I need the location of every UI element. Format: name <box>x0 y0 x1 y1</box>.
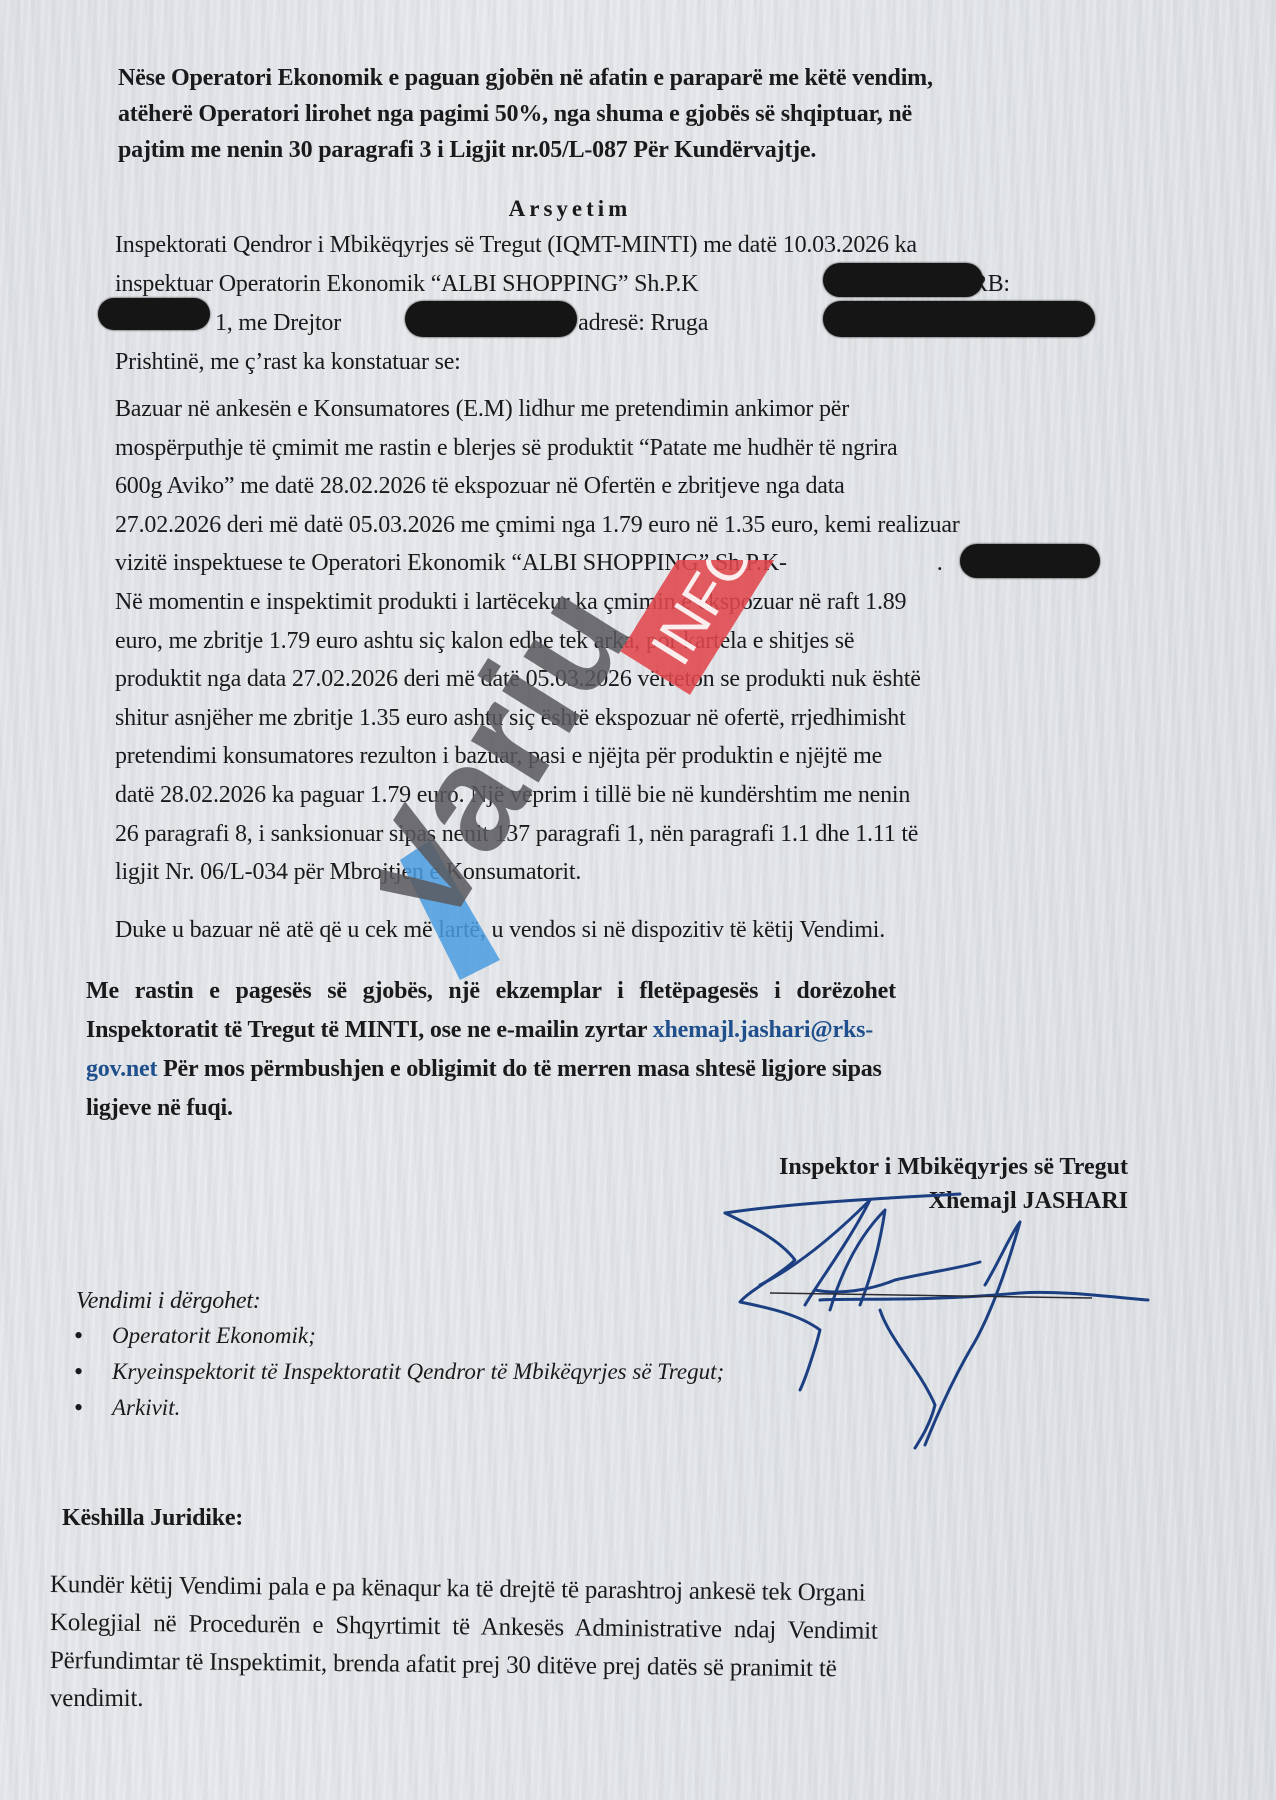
payment-line-2: Inspektoratit të Tregut të MINTI, ose ne… <box>86 1011 1126 1050</box>
findings-line-text: vizitë inspektuese te Operatori Ekonomik… <box>115 550 787 576</box>
redaction-nrb <box>98 298 210 330</box>
findings-line: Në momentin e inspektimit produkti i lar… <box>115 583 1115 622</box>
conclusion-paragraph: Duke u bazuar në atë që u cek më lartë, … <box>115 912 1115 949</box>
email-link-part-2[interactable]: gov.net <box>86 1056 157 1082</box>
findings-line: pretendimi konsumatores rezulton i bazua… <box>115 737 1115 776</box>
payment-line-4: ligjeve në fuqi. <box>86 1089 1126 1128</box>
reasoning-heading: Arsyetim <box>380 196 760 222</box>
recipient-item: Kryeinspektorit të Inspektoratit Qendror… <box>72 1354 724 1390</box>
intro-line-1: Nëse Operatori Ekonomik e paguan gjobën … <box>118 60 1118 96</box>
findings-line: shitur asnjëher me zbritje 1.35 euro ash… <box>115 699 1115 738</box>
payment-paragraph: Me rastin e pagesës së gjobës, një ekzem… <box>86 972 1126 1128</box>
email-link-part-1[interactable]: xhemajl.jashari@rks- <box>653 1017 873 1043</box>
signatory-title: Inspektor i Mbikëqyrjes së Tregut <box>640 1150 1128 1184</box>
inspection-line-4: Prishtinë, me ç’rast ka konstatuar se: <box>115 343 1115 382</box>
redaction-street <box>823 301 1095 337</box>
recipient-item: Operatorit Ekonomik; <box>72 1318 724 1354</box>
recipients-list: Operatorit Ekonomik; Kryeinspektorit të … <box>72 1318 724 1426</box>
findings-line: 27.02.2026 deri më datë 05.03.2026 me çm… <box>115 506 1115 545</box>
findings-line: Bazuar në ankesën e Konsumatores (E.M) l… <box>115 390 1115 429</box>
intro-paragraph: Nëse Operatori Ekonomik e paguan gjobën … <box>118 60 1118 168</box>
payment-line-1: Me rastin e pagesës së gjobës, një ekzem… <box>86 972 1126 1011</box>
payment-line-3-text: Për mos përmbushjen e obligimit do të me… <box>157 1056 881 1082</box>
inspection-line-1: Inspektorati Qendror i Mbikëqyrjes së Tr… <box>115 226 1115 265</box>
recipient-item: Arkivit. <box>72 1390 724 1426</box>
findings-line: 26 paragrafi 8, i sanksionuar sipas neni… <box>115 815 1115 854</box>
inspection-line-2-text: inspektuar Operatorin Ekonomik “ALBI SHO… <box>115 271 698 297</box>
scanned-document-page: Nëse Operatori Ekonomik e paguan gjobën … <box>0 0 1276 1800</box>
recipients-heading: Vendimi i dërgohet: <box>76 1283 261 1320</box>
payment-line-3: gov.net Për mos përmbushjen e obligimit … <box>86 1050 1126 1089</box>
findings-line: vizitë inspektuese te Operatori Ekonomik… <box>115 544 1115 583</box>
findings-paragraph: Bazuar në ankesën e Konsumatores (E.M) l… <box>115 390 1115 892</box>
inspection-line-3-text-a: 1, me Drejtor <box>215 310 341 336</box>
intro-line-2: atëherë Operatori lirohet nga pagimi 50%… <box>118 96 1118 132</box>
findings-line: ligjit Nr. 06/L-034 për Mbrojtjen e Kons… <box>115 853 1115 892</box>
findings-line: 600g Aviko” me datë 28.02.2026 të ekspoz… <box>115 467 1115 506</box>
intro-line-3: pajtim me nenin 30 paragrafi 3 i Ligjit … <box>118 132 1118 168</box>
findings-line: datë 28.02.2026 ka paguar 1.79 euro. Një… <box>115 776 1115 815</box>
handwritten-signature <box>720 1190 1160 1450</box>
findings-line: euro, me zbritje 1.79 euro ashtu siç kal… <box>115 622 1115 661</box>
redaction-company-id <box>823 263 983 297</box>
legal-advice-heading: Këshilla Juridike: <box>62 1500 243 1537</box>
findings-line: produktit nga data 27.02.2026 deri më da… <box>115 660 1115 699</box>
legal-advice-paragraph: Kundër këtij Vendimi pala e pa kënaqur k… <box>50 1566 1150 1718</box>
findings-line: mospërputhje të çmimit me rastin e blerj… <box>115 429 1115 468</box>
redaction-director <box>405 301 577 337</box>
payment-line-2-text: Inspektoratit të Tregut të MINTI, ose ne… <box>86 1017 653 1043</box>
findings-line-end: . <box>937 550 943 576</box>
